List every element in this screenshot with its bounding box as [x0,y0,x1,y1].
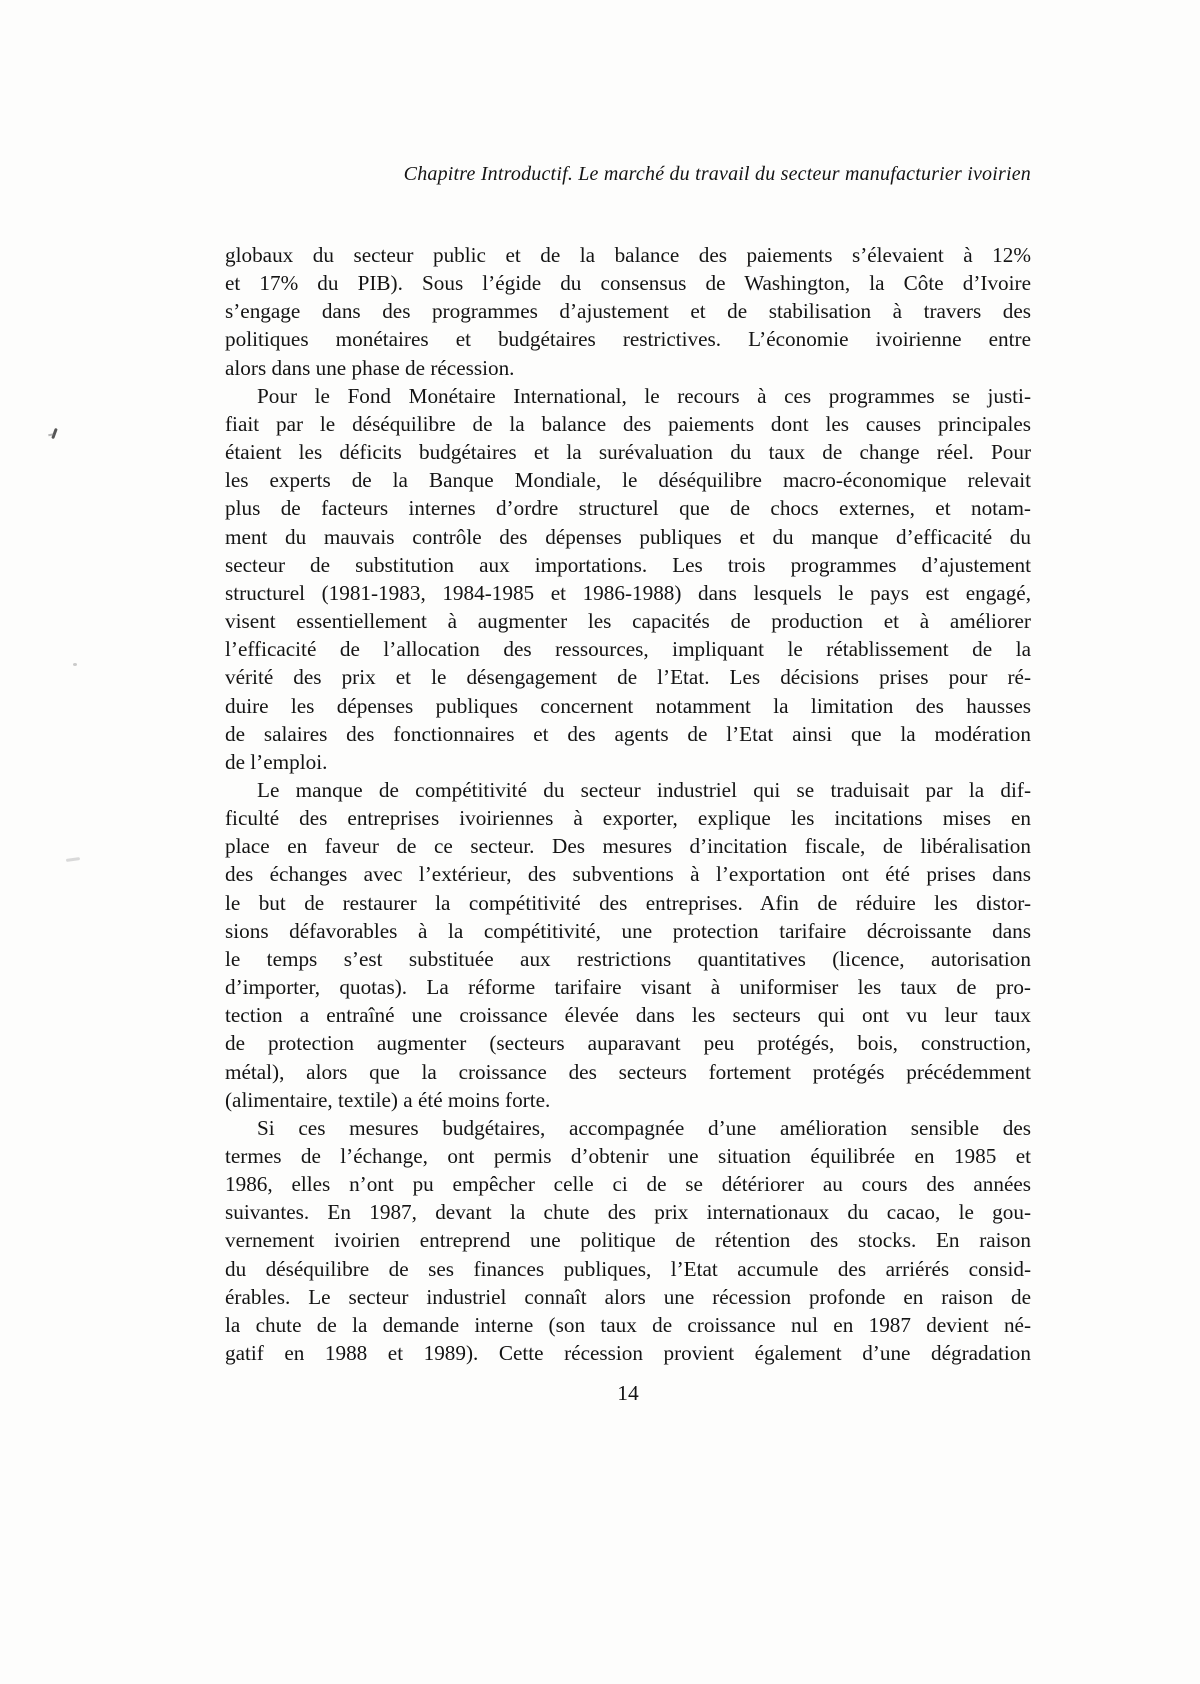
text-line: et 17% du PIB). Sous l’égide du consensu… [225,269,1031,297]
text-line: le but de restaurer la compétitivité des… [225,889,1031,917]
text-line: Pour le Fond Monétaire International, le… [225,382,1031,410]
text-line: ficulté des entreprises ivoiriennes à ex… [225,804,1031,832]
text-line: plus de facteurs internes d’ordre struct… [225,494,1031,522]
text-line: vérité des prix et le désengagement de l… [225,663,1031,691]
text-line: s’engage dans des programmes d’ajustemen… [225,297,1031,325]
paragraph: Le manque de compétitivité du secteur in… [225,776,1031,1114]
text-line: termes de l’échange, ont permis d’obteni… [225,1142,1031,1170]
text-line: de salaires des fonctionnaires et des ag… [225,720,1031,748]
scanned-thesis-page: Chapitre Introductif. Le marché du trava… [0,0,1200,1684]
text-line: suivantes. En 1987, devant la chute des … [225,1198,1031,1226]
text-line: de protection augmenter (secteurs aupara… [225,1029,1031,1057]
text-line: Si ces mesures budgétaires, accompagnée … [225,1114,1031,1142]
text-line: duire les dépenses publiques concernent … [225,692,1031,720]
running-header: Chapitre Introductif. Le marché du trava… [225,163,1031,186]
text-line: le temps s’est substituée aux restrictio… [225,945,1031,973]
paragraph: Si ces mesures budgétaires, accompagnée … [225,1114,1031,1367]
paragraph: Pour le Fond Monétaire International, le… [225,382,1031,776]
paragraph: globaux du secteur public et de la balan… [225,241,1031,382]
text-line: fiait par le déséquilibre de la balance … [225,410,1031,438]
text-line: érables. Le secteur industriel connaît a… [225,1283,1031,1311]
text-line: gatif en 1988 et 1989). Cette récession … [225,1339,1031,1367]
text-line: sions défavorables à la compétitivité, u… [225,917,1031,945]
text-line: du déséquilibre de ses finances publique… [225,1255,1031,1283]
scan-artifact [51,428,58,439]
text-line: alors dans une phase de récession. [225,354,1031,382]
text-line: tection a entraîné une croissance élevée… [225,1001,1031,1029]
text-line: globaux du secteur public et de la balan… [225,241,1031,269]
text-line: structurel (1981-1983, 1984-1985 et 1986… [225,579,1031,607]
text-line: les experts de la Banque Mondiale, le dé… [225,466,1031,494]
text-line: ment du mauvais contrôle des dépenses pu… [225,523,1031,551]
scan-artifact [66,857,80,862]
text-line: (alimentaire, textile) a été moins forte… [225,1086,1031,1114]
text-line: visent essentiellement à augmenter les c… [225,607,1031,635]
text-line: l’efficacité de l’allocation des ressour… [225,635,1031,663]
text-line: secteur de substitution aux importations… [225,551,1031,579]
text-line: étaient les déficits budgétaires et la s… [225,438,1031,466]
text-line: d’importer, quotas). La réforme tarifair… [225,973,1031,1001]
text-line: 1986, elles n’ont pu empêcher celle ci d… [225,1170,1031,1198]
body-text: globaux du secteur public et de la balan… [225,241,1031,1367]
page-number: 14 [225,1381,1031,1406]
text-line: des échanges avec l’extérieur, des subve… [225,860,1031,888]
text-line: la chute de la demande interne (son taux… [225,1311,1031,1339]
text-line: vernement ivoirien entreprend une politi… [225,1226,1031,1254]
text-line: de l’emploi. [225,748,1031,776]
text-line: politiques monétaires et budgétaires res… [225,325,1031,353]
text-line: métal), alors que la croissance des sect… [225,1058,1031,1086]
text-line: place en faveur de ce secteur. Des mesur… [225,832,1031,860]
text-line: Le manque de compétitivité du secteur in… [225,776,1031,804]
scan-artifact [73,663,77,666]
